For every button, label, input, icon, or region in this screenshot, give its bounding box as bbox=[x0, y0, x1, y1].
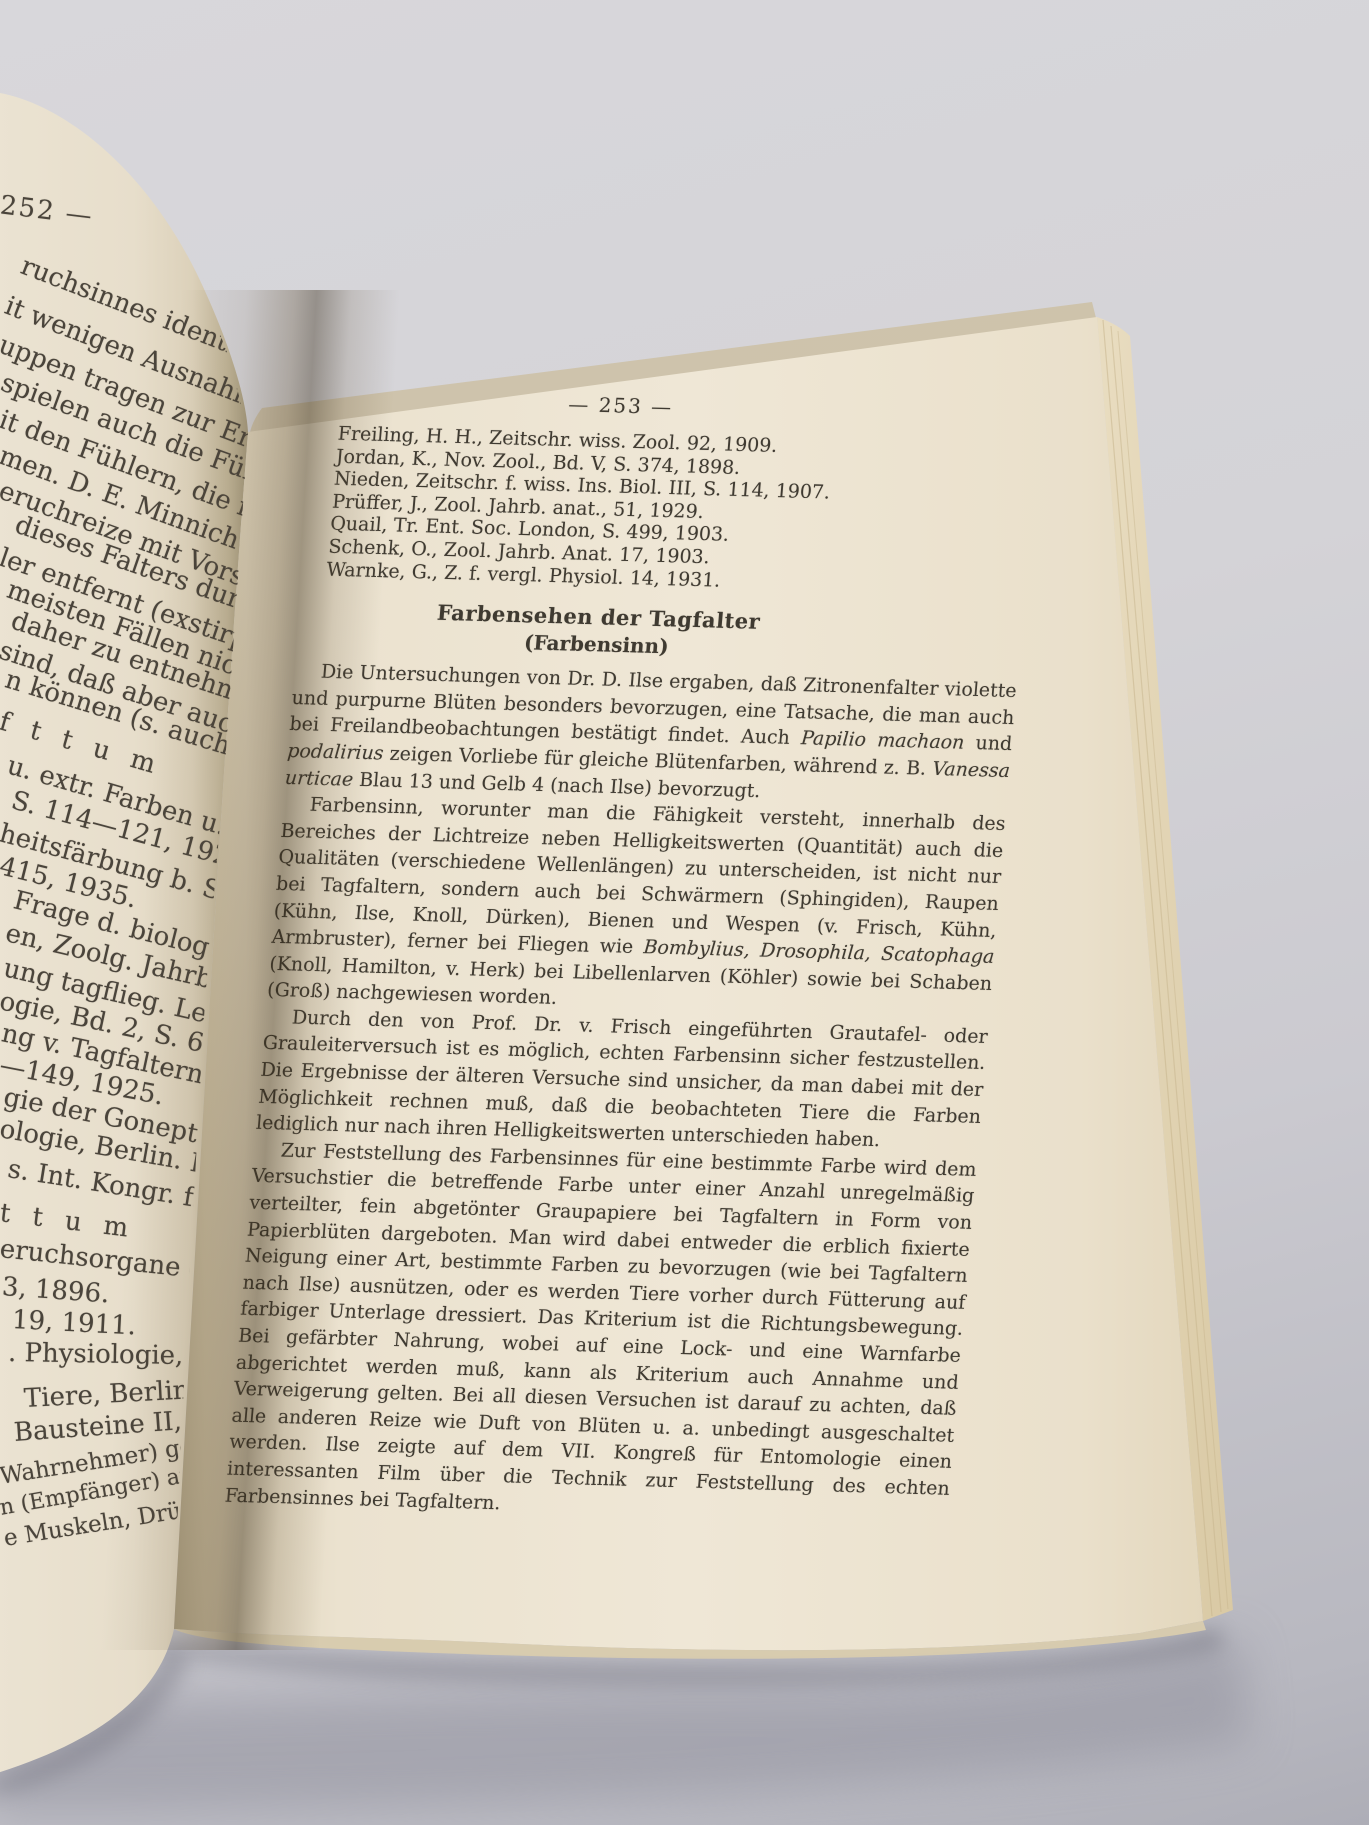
open-book-photo: 252 — ruchsinnes identifizieren, erkenni… bbox=[0, 0, 1369, 1825]
left-page-number: 252 — bbox=[0, 190, 95, 231]
body-text: Die Untersuchungen von Dr. D. Ilse ergab… bbox=[224, 658, 1024, 1529]
body-paragraph: Die Untersuchungen von Dr. D. Ilse ergab… bbox=[284, 658, 1018, 811]
reference-list: Freiling, H. H., Zeitschr. wiss. Zool. 9… bbox=[326, 423, 1044, 601]
left-page-text-line: 3, 1896. bbox=[1, 1272, 110, 1309]
body-paragraph: Durch den von Prof. Dr. v. Frisch eingef… bbox=[255, 1004, 989, 1157]
left-page-text-line: 19, 1911. bbox=[11, 1305, 136, 1341]
body-paragraph: Zur Feststellung des Farbensinnes für ei… bbox=[224, 1137, 978, 1529]
body-paragraph: Farbensinn, worunter man die Fähigkeit v… bbox=[266, 791, 1006, 1024]
right-page-text-area: — 253 — Freiling, H. H., Zeitschr. wiss.… bbox=[224, 385, 1047, 1529]
